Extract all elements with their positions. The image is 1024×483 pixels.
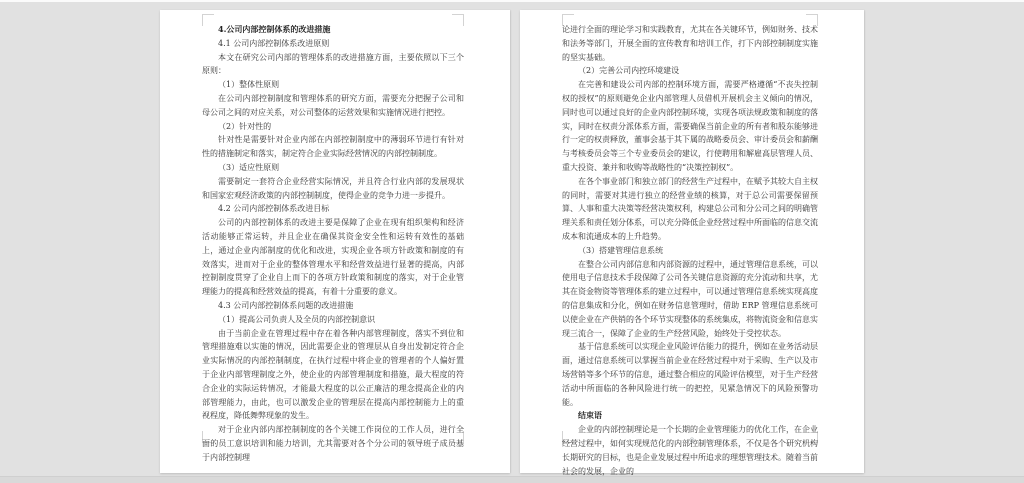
paragraph[interactable]: （1）整体性原则 bbox=[202, 78, 464, 92]
page-number: 7 bbox=[160, 436, 510, 446]
paragraph[interactable]: 4.公司内部控制体系的改进措施 bbox=[202, 23, 464, 37]
paragraph[interactable]: 结束语 bbox=[562, 409, 818, 423]
paragraph[interactable]: 在各个事业部门和独立部门的经营生产过程中，在赋予其较大自主权的同时，需要对其进行… bbox=[562, 175, 818, 244]
paragraph[interactable]: 在整合公司内部信息和内部资源的过程中，通过管理信息系统，可以使用电子信息技术手段… bbox=[562, 258, 818, 341]
page-2-text-content: 论进行全面的理论学习和实践教育，尤其在各关键环节，例如财务、技术和法务等部门，开… bbox=[562, 23, 818, 478]
paragraph[interactable]: 基于信息系统可以实现企业风险评估能力的提升，例如在业务活动层面，通过信息系统可以… bbox=[562, 340, 818, 409]
paragraph[interactable]: （2）针对性的 bbox=[202, 120, 464, 134]
paragraph[interactable]: （3）搭建管理信息系统 bbox=[562, 244, 818, 258]
paragraph[interactable]: 在公司内部控制制度和管理体系的研究方面，需要充分把握子公司和母公司之间的对应关系… bbox=[202, 92, 464, 120]
paragraph[interactable]: 公司的内部控制体系的改进主要是保障了企业在现有组织架构和经济活动能够正常运转，并… bbox=[202, 216, 464, 299]
paragraph[interactable]: 企业的内部控制理论是一个长期的企业管理能力的优化工作，在企业经营过程中，如何实现… bbox=[562, 423, 818, 478]
paragraph[interactable]: （2）完善公司内控环境建设 bbox=[562, 64, 818, 78]
paragraph[interactable]: （1）提高公司负责人及全员的内部控制意识 bbox=[202, 313, 464, 327]
paragraph[interactable]: 4.1 公司内部控制体系改进原则 bbox=[202, 37, 464, 51]
paragraph[interactable]: （3）适应性原则 bbox=[202, 161, 464, 175]
window-top-edge bbox=[0, 0, 1024, 2]
page-1-text-content: 4.公司内部控制体系的改进措施4.1 公司内部控制体系改进原则本文在研究公司内部… bbox=[202, 23, 464, 465]
paragraph[interactable]: 论进行全面的理论学习和实践教育，尤其在各关键环节，例如财务、技术和法务等部门，开… bbox=[562, 23, 818, 64]
document-page-2[interactable]: 论进行全面的理论学习和实践教育，尤其在各关键环节，例如财务、技术和法务等部门，开… bbox=[520, 10, 864, 473]
paragraph[interactable]: 本文在研究公司内部的管理体系的改进措施方面，主要依照以下三个原则： bbox=[202, 51, 464, 79]
paragraph[interactable]: 在完善和建设公司内部的控制环境方面，需要严格遵循“不丧失控制权的授权”的原则避免… bbox=[562, 78, 818, 175]
paragraph[interactable]: 由于当前企业在管理过程中存在着各种内部管理制度，落实不到位和管理措施难以实施的情… bbox=[202, 327, 464, 424]
window-bottom-edge bbox=[0, 476, 1024, 483]
paragraph[interactable]: 针对性是需要针对企业内部在内部控制制度中的薄弱环节进行有针对性的措施制定和落实，… bbox=[202, 133, 464, 161]
paragraph[interactable]: 需要制定一套符合企业经营实际情况，并且符合行业内部的发展现状和国家宏观经济政策的… bbox=[202, 175, 464, 203]
paragraph[interactable]: 4.3 公司内部控制体系问题的改进措施 bbox=[202, 299, 464, 313]
paragraph[interactable]: 4.2 公司内部控制体系改进目标 bbox=[202, 202, 464, 216]
document-page-1[interactable]: 4.公司内部控制体系的改进措施4.1 公司内部控制体系改进原则本文在研究公司内部… bbox=[160, 10, 510, 473]
page-number: 8 bbox=[520, 436, 864, 446]
